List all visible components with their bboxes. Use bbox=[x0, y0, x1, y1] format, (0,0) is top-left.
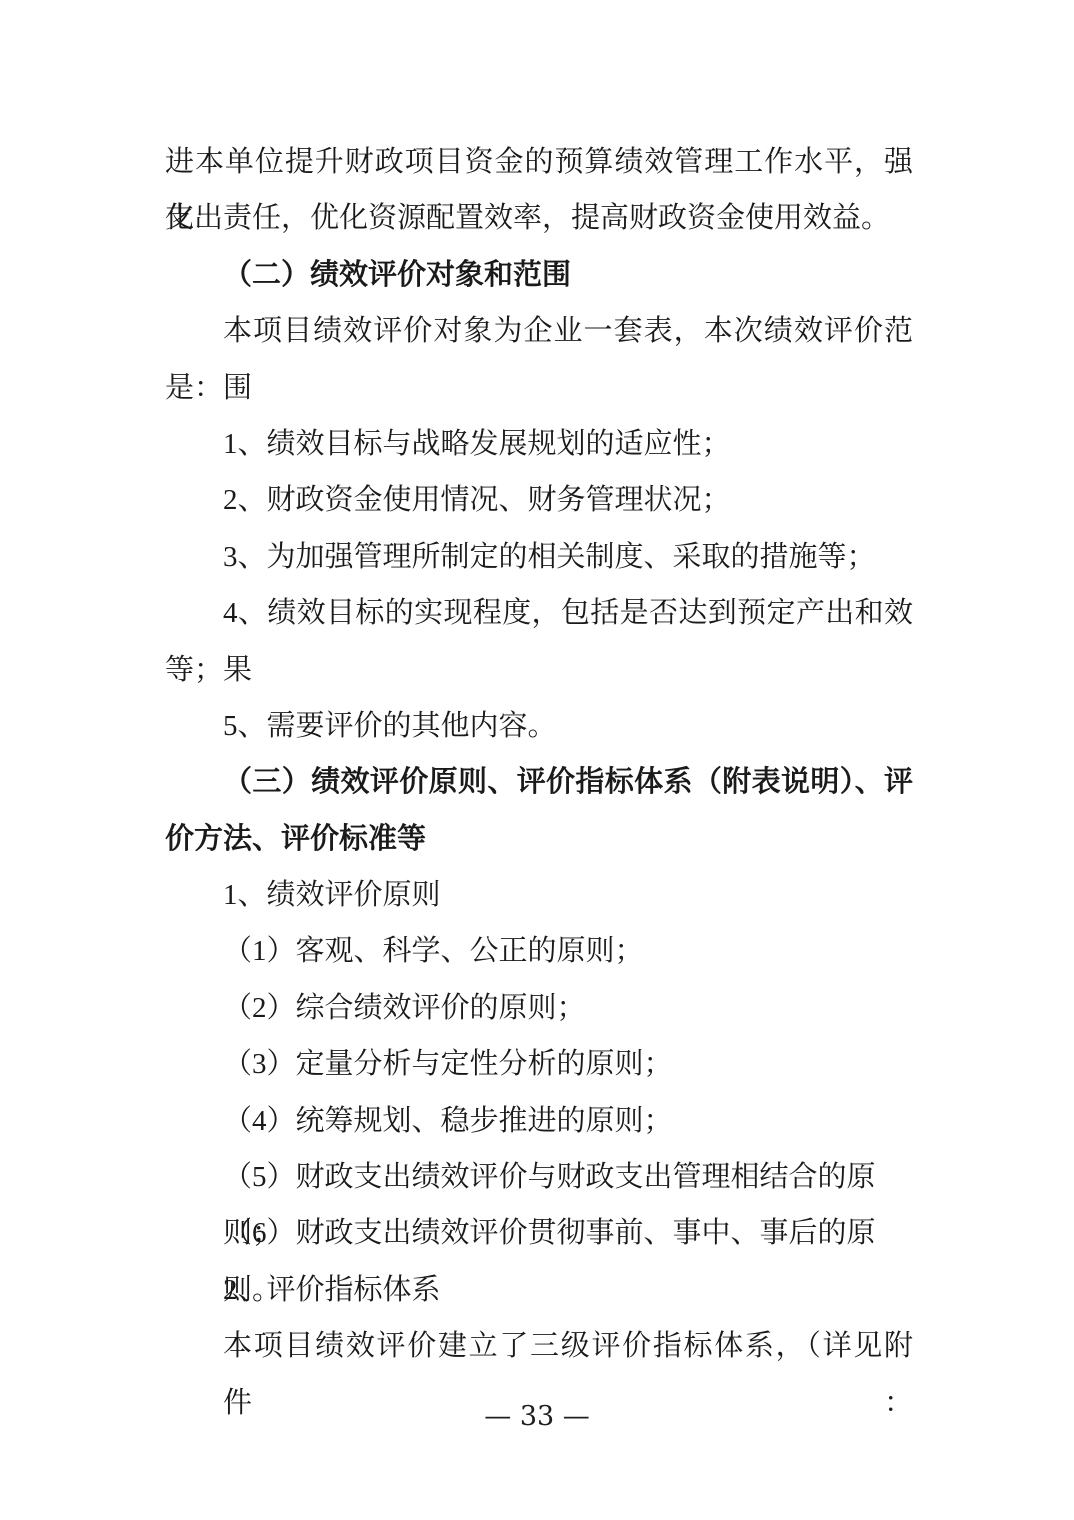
list-item-line: （1）客观、科学、公正的原则； bbox=[165, 923, 913, 979]
list-item-line: （6）财政支出绩效评价贯彻事前、事中、事后的原则。 bbox=[165, 1205, 913, 1261]
list-item-line: 3、为加强管理所制定的相关制度、采取的措施等； bbox=[165, 529, 913, 585]
section-heading-line: （二）绩效评价对象和范围 bbox=[165, 247, 913, 303]
list-item-line: （3）定量分析与定性分析的原则； bbox=[165, 1036, 913, 1092]
list-item-line: 5、需要评价的其他内容。 bbox=[165, 698, 913, 754]
page-number: — 33 — bbox=[163, 1400, 911, 1434]
list-item-line: （5）财政支出绩效评价与财政支出管理相结合的原则； bbox=[165, 1149, 913, 1205]
body-line: 本项目绩效评价建立了三级评价指标体系，（详见附件： bbox=[165, 1318, 913, 1374]
body-line: 本项目绩效评价对象为企业一套表，本次绩效评价范围 bbox=[165, 303, 913, 359]
list-item-line: 2、财政资金使用情况、财务管理状况； bbox=[165, 472, 913, 528]
body-line: 支出责任，优化资源配置效率，提高财政资金使用效益。 bbox=[165, 190, 913, 246]
document-body: 进本单位提升财政项目资金的预算绩效管理工作水平，强化 支出责任，优化资源配置效率… bbox=[165, 134, 913, 1375]
body-line: 是： bbox=[165, 360, 913, 416]
body-line: 等； bbox=[165, 642, 913, 698]
section-heading-line: 价方法、评价标准等 bbox=[165, 811, 913, 867]
list-item-line: 4、绩效目标的实现程度，包括是否达到预定产出和效果 bbox=[165, 585, 913, 641]
list-item-line: （4）统筹规划、稳步推进的原则； bbox=[165, 1093, 913, 1149]
section-heading-line: （三）绩效评价原则、评价指标体系（附表说明）、评 bbox=[165, 754, 913, 810]
list-item-line: 1、绩效评价原则 bbox=[165, 867, 913, 923]
body-line: 进本单位提升财政项目资金的预算绩效管理工作水平，强化 bbox=[165, 134, 913, 190]
list-item-line: 1、绩效目标与战略发展规划的适应性； bbox=[165, 416, 913, 472]
document-page: 进本单位提升财政项目资金的预算绩效管理工作水平，强化 支出责任，优化资源配置效率… bbox=[0, 0, 1074, 1520]
list-item-line: 2、评价指标体系 bbox=[165, 1262, 913, 1318]
list-item-line: （2）综合绩效评价的原则； bbox=[165, 980, 913, 1036]
